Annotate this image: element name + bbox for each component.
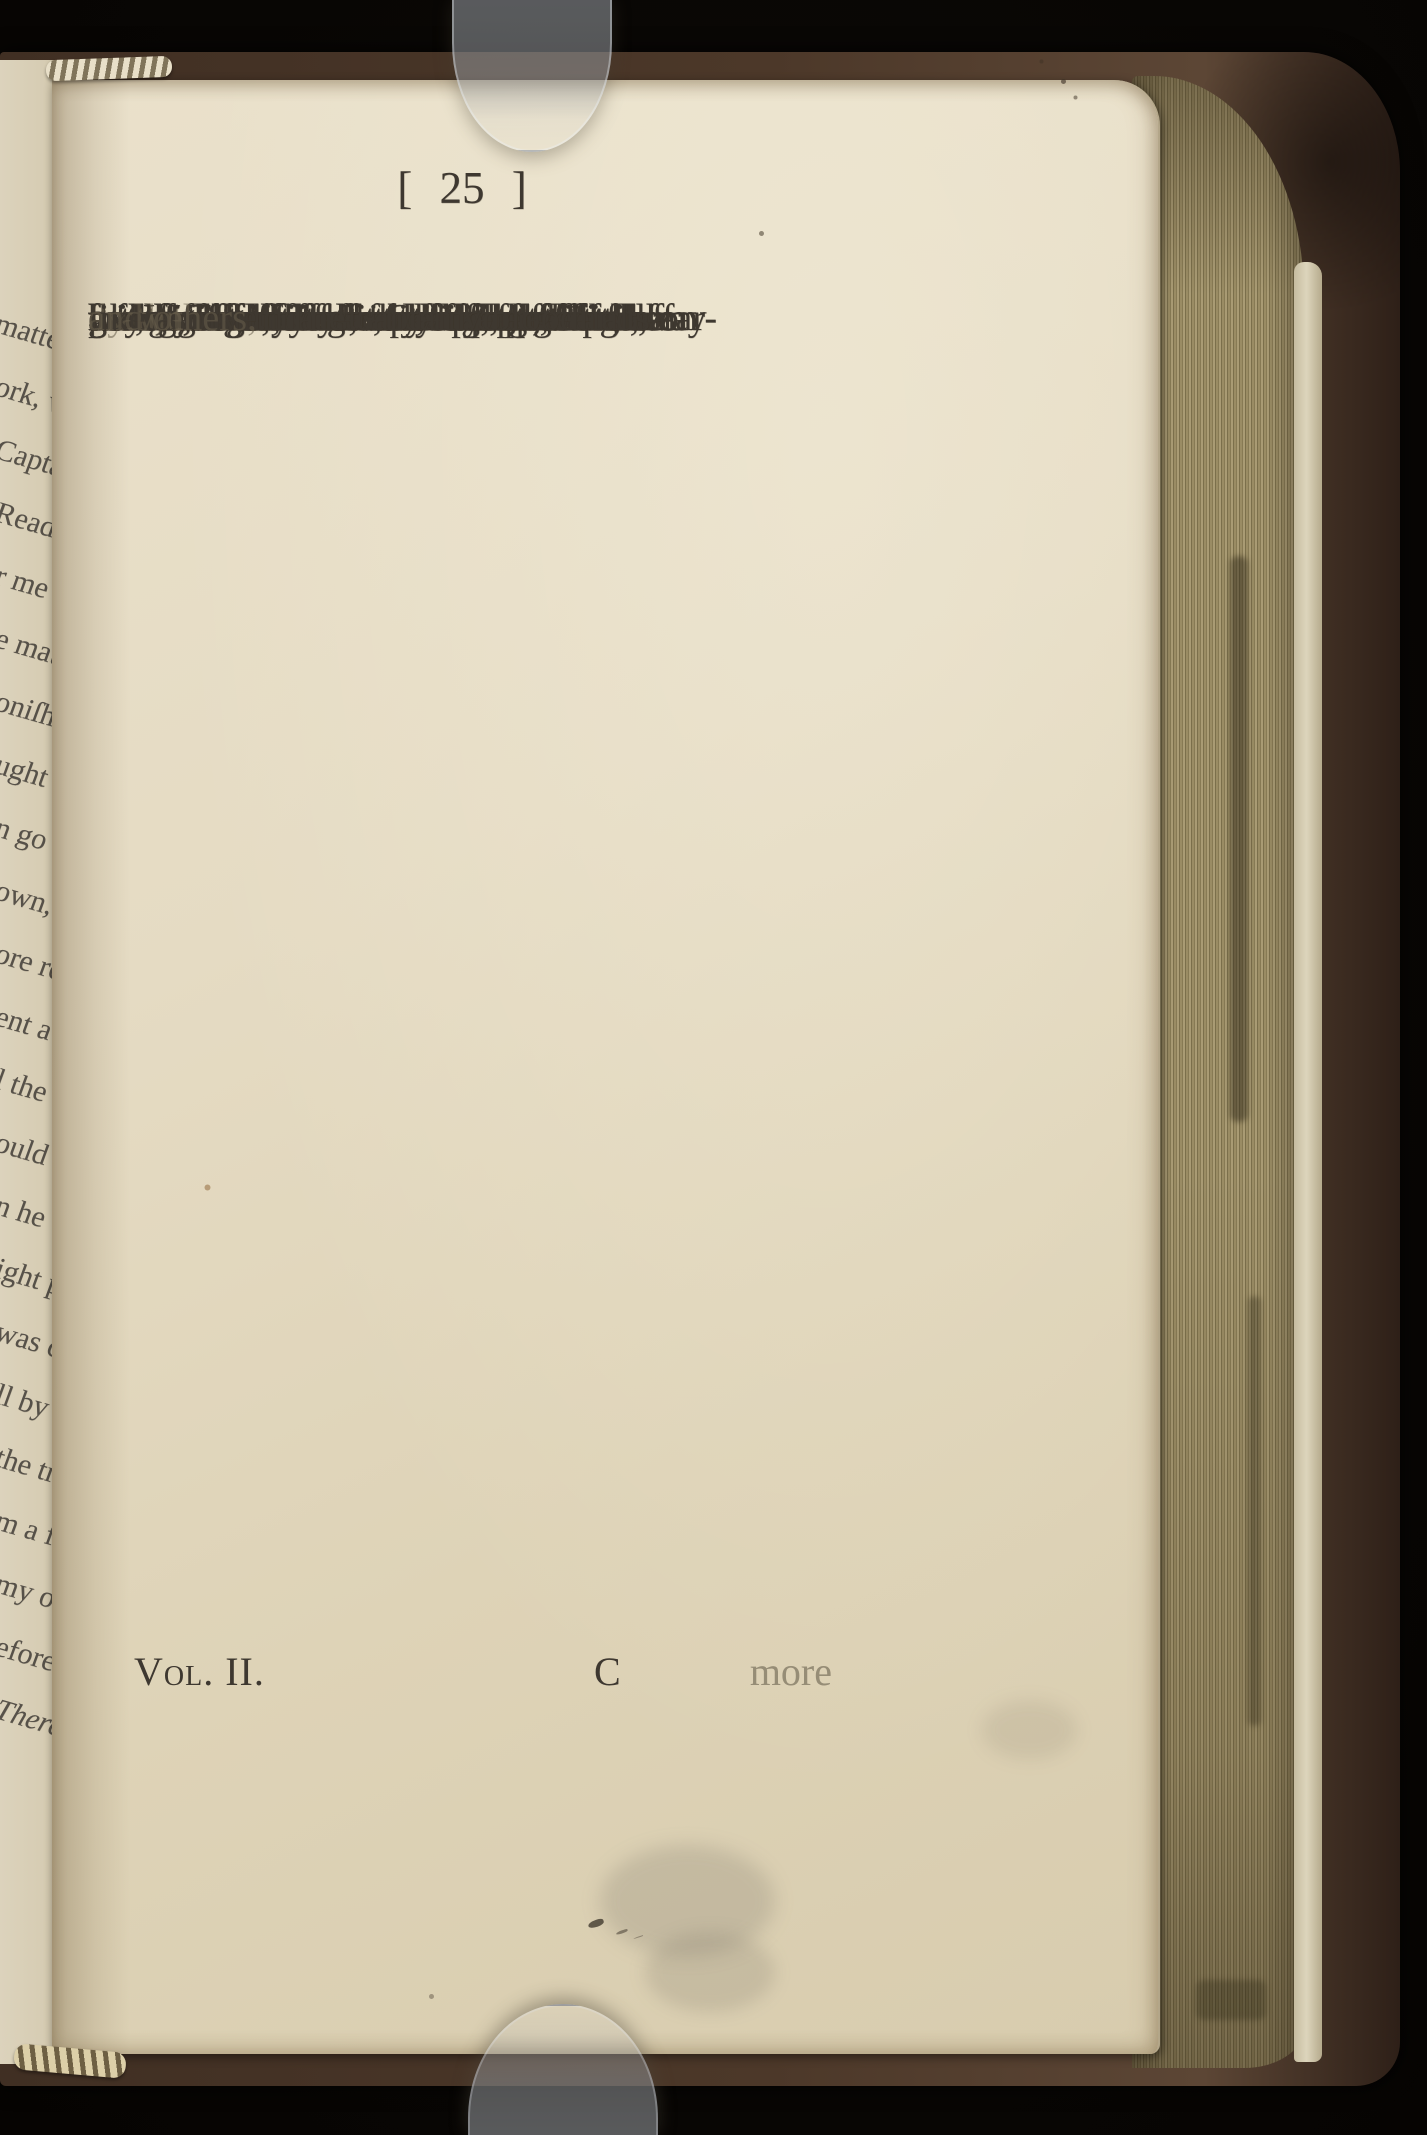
faded-line-text: and others,: [88, 288, 257, 350]
page-smudge: [645, 1932, 775, 2012]
fore-edge-stain: [1248, 1296, 1261, 1726]
catchword: more: [750, 1648, 832, 1695]
page-footer: Vol. II. C more: [88, 1648, 836, 1710]
fore-edge-stain: [1196, 1980, 1266, 2020]
signature-mark: C: [594, 1648, 621, 1695]
page-number-header: [ 25 ]: [88, 162, 836, 214]
flyleaf-edge: [1294, 262, 1322, 2062]
page-smudge: [982, 1700, 1077, 1760]
printed-text-block: [ 25 ] There was a free black man, a car…: [88, 160, 836, 1720]
headband-stitching: [46, 56, 173, 81]
volume-label: Vol. II.: [134, 1648, 265, 1695]
fore-edge-stain: [1230, 556, 1248, 1122]
dust-specks: [0, 0, 3, 3]
book-photograph: matters uork, whiCaptain bRead car me up…: [0, 0, 1427, 2135]
